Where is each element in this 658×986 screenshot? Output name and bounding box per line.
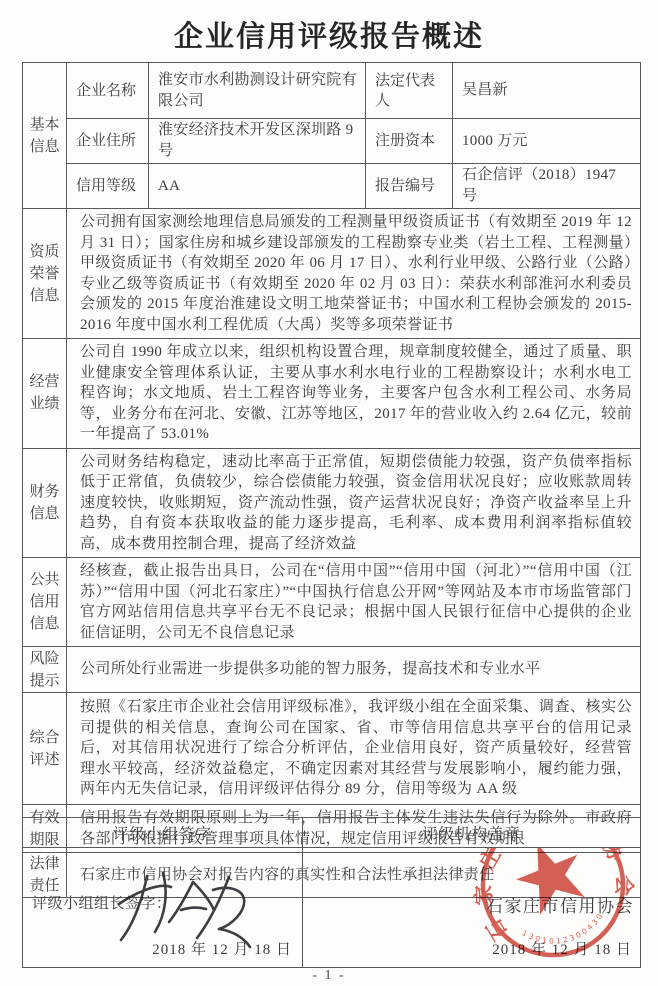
label-company-address: 企业住所: [67, 119, 149, 164]
table-row: 经营业绩 公司自 1990 年成立以来，组织机构设置合理，规章制度较健全，通过了…: [23, 339, 641, 449]
section-content-financial-info: 公司财务结构稳定，速动比率高于正常值，短期偿债能力较强，资产负债率指标低于正常值…: [67, 448, 641, 558]
section-label-financial-info: 财务信息: [23, 448, 67, 558]
section-label-comprehensive-review: 综合评述: [23, 693, 67, 805]
report-page: 企业信用评级报告概述 基本信息 企业名称 淮安市水利勘测设计研究院有限公司 法定…: [0, 0, 658, 986]
section-content-risk-warning: 公司所处行业需进一步提供多功能的智力服务，提高技术和专业水平: [67, 647, 641, 693]
section-label-risk-warning: 风险提示: [23, 647, 67, 693]
page-title: 企业信用评级报告概述: [0, 14, 658, 55]
team-signature-date: 2018 年 12 月 18 日: [152, 938, 292, 959]
table-row: 财务信息 公司财务结构稳定，速动比率高于正常值，短期偿债能力较强，资产负债率指标…: [23, 448, 641, 558]
report-main-table: 基本信息 企业名称 淮安市水利勘测设计研究院有限公司 法定代表人 吴昌新 企业住…: [22, 62, 641, 898]
table-row: 综合评述 按照《石家庄市企业社会信用评级标准》，我评级小组在全面采集、调查、核实…: [23, 693, 641, 805]
section-content-operating-performance: 公司自 1990 年成立以来，组织机构设置合理，规章制度较健全，通过了质量、职业…: [67, 339, 641, 449]
agency-seal-date: 2018 年 12 月 18 日: [492, 938, 632, 959]
agency-seal-header: 评级机构盖章: [303, 818, 641, 848]
label-company-name: 企业名称: [67, 63, 149, 119]
label-legal-representative: 法定代表人: [366, 63, 453, 119]
agency-seal-cell: 石家庄市信用协会 石家庄市信用协会 1301012300430: [303, 848, 641, 968]
signature-table: 评级小组签字 评级机构盖章 评级小组组长签字：: [22, 817, 641, 968]
section-content-comprehensive-review: 按照《石家庄市企业社会信用评级标准》，我评级小组在全面采集、调查、核实公司提供的…: [67, 693, 641, 805]
table-row: 风险提示 公司所处行业需进一步提供多功能的智力服务，提高技术和专业水平: [23, 647, 641, 693]
table-row: 资质荣誉信息 公司拥有国家测绘地理信息局颁发的工程测量甲级资质证书（有效期至 2…: [23, 209, 641, 339]
section-label-public-credit-info: 公共信用信息: [23, 558, 67, 647]
label-credit-grade: 信用等级: [67, 164, 149, 209]
table-row: 基本信息 企业名称 淮安市水利勘测设计研究院有限公司 法定代表人 吴昌新: [23, 63, 641, 119]
value-legal-representative: 吴昌新: [453, 63, 641, 119]
section-label-basic-info: 基本信息: [23, 63, 67, 209]
value-credit-grade: AA: [149, 164, 366, 209]
label-registered-capital: 注册资本: [366, 119, 453, 164]
value-company-address: 淮安经济技术开发区深圳路 9 号: [149, 119, 366, 164]
value-registered-capital: 1000 万元: [453, 119, 641, 164]
table-row: 公共信用信息 经核查，截止报告出具日，公司在“信用中国”“信用中国（河北）”“信…: [23, 558, 641, 647]
agency-name-text: 石家庄市信用协会: [486, 892, 634, 917]
section-label-qualification-honor: 资质荣誉信息: [23, 209, 67, 339]
team-signature-cell: 评级小组组长签字： 2018 年 12 月 18 日: [23, 848, 303, 968]
page-number: - 1 -: [0, 968, 658, 984]
section-content-public-credit-info: 经核查，截止报告出具日，公司在“信用中国”“信用中国（河北）”“信用中国（江苏）…: [67, 558, 641, 647]
value-report-number: 石企信评（2018）1947 号: [453, 164, 641, 209]
table-row: 评级小组组长签字： 2018 年 12 月 18 日: [23, 848, 641, 968]
team-signature-header: 评级小组签字: [23, 818, 303, 848]
value-company-name: 淮安市水利勘测设计研究院有限公司: [149, 63, 366, 119]
table-row: 评级小组签字 评级机构盖章: [23, 818, 641, 848]
label-report-number: 报告编号: [366, 164, 453, 209]
section-content-qualification-honor: 公司拥有国家测绘地理信息局颁发的工程测量甲级资质证书（有效期至 2019 年 1…: [67, 209, 641, 339]
table-row: 企业住所 淮安经济技术开发区深圳路 9 号 注册资本 1000 万元: [23, 119, 641, 164]
section-label-operating-performance: 经营业绩: [23, 339, 67, 449]
table-row: 信用等级 AA 报告编号 石企信评（2018）1947 号: [23, 164, 641, 209]
